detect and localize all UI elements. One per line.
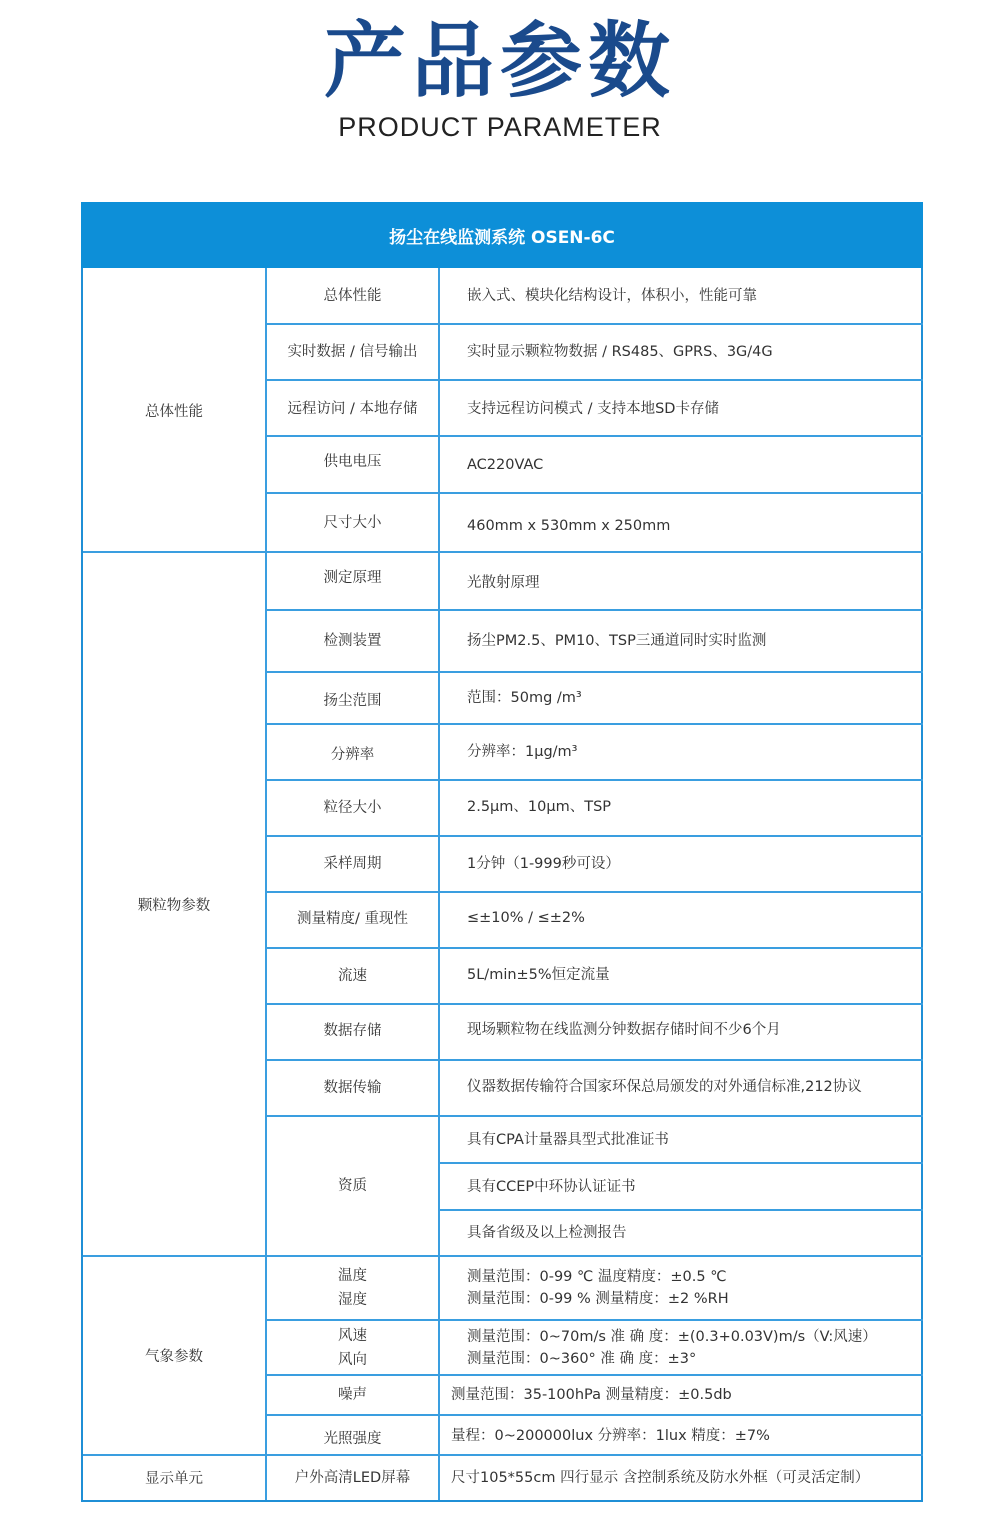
row-value: 具有CPA计量器具型式批准证书 xyxy=(440,1117,923,1162)
group-meteorological-parameters: 气象参数 xyxy=(83,1256,265,1455)
row-value-pair: 测量范围：0~70m/s 准 确 度：±(0.3+0.03V)m/s（V:风速）… xyxy=(440,1321,923,1374)
row-label: 采样周期 xyxy=(267,837,438,891)
row-label: 总体性能 xyxy=(267,268,438,323)
row-value: 支持远程访问模式 / 支持本地SD卡存储 xyxy=(440,381,923,437)
row-value: 嵌入式、模块化结构设计，体积小，性能可靠 xyxy=(440,268,923,323)
row-label: 数据存储 xyxy=(267,1005,438,1057)
row-value: 现场颗粒物在线监测分钟数据存储时间不少6个月 xyxy=(440,1005,923,1055)
row-value: 仪器数据传输符合国家环保总局颁发的对外通信标准,212协议 xyxy=(440,1061,923,1113)
row-label: 分辨率 xyxy=(267,727,438,783)
row-value: 测量范围：0~360° 准 确 度：±3° xyxy=(467,1348,696,1370)
row-label-pair: 风速 风向 xyxy=(267,1321,438,1374)
page-title: 产品参数 xyxy=(0,14,1000,110)
row-value: ≤±10% / ≤±2% xyxy=(440,893,923,943)
row-label: 风速 xyxy=(338,1324,367,1348)
row-value: 460mm x 530mm x 250mm xyxy=(440,497,923,554)
row-value: 测量范围：35-100hPa 测量精度：±0.5db xyxy=(440,1376,923,1414)
row-label: 检测装置 xyxy=(267,611,438,671)
row-value: 尺寸105*55cm 四行显示 含控制系统及防水外框（可灵活定制） xyxy=(440,1456,923,1500)
row-value: 测量范围：0~70m/s 准 确 度：±(0.3+0.03V)m/s（V:风速） xyxy=(467,1326,877,1348)
row-value: 具有CCEP中环协认证证书 xyxy=(440,1164,923,1209)
row-label: 噪声 xyxy=(267,1376,438,1414)
row-label: 测定原理 xyxy=(267,553,438,603)
row-value: 分辨率：1μg/m³ xyxy=(440,725,923,779)
row-label: 供电电压 xyxy=(267,437,438,487)
parameter-table: 扬尘在线监测系统 OSEN-6C 总体性能 颗粒物参数 气象参数 显示单元 总体… xyxy=(81,202,923,1502)
row-label: 流速 xyxy=(267,949,438,1003)
table-header: 扬尘在线监测系统 OSEN-6C xyxy=(81,202,923,268)
row-value: 1分钟（1-999秒可设） xyxy=(440,837,923,891)
row-label: 扬尘范围 xyxy=(267,675,438,727)
row-label: 数据传输 xyxy=(267,1061,438,1115)
row-value: AC220VAC xyxy=(440,437,923,493)
row-label: 温度 xyxy=(338,1264,367,1288)
row-value: 实时显示颗粒物数据 / RS485、GPRS、3G/4G xyxy=(440,325,923,379)
row-value: 测量范围：0-99 % 测量精度：±2 %RH xyxy=(467,1288,729,1310)
row-label: 湿度 xyxy=(338,1288,367,1312)
row-label: 远程访问 / 本地存储 xyxy=(267,381,438,437)
row-label: 户外高清LED屏幕 xyxy=(267,1456,438,1500)
row-label-pair: 温度 湿度 xyxy=(267,1257,438,1319)
row-value: 5L/min±5%恒定流量 xyxy=(440,949,923,1001)
group-display-unit: 显示单元 xyxy=(83,1455,265,1500)
row-value: 2.5μm、10μm、TSP xyxy=(440,781,923,833)
row-label: 风向 xyxy=(338,1348,367,1372)
row-value: 光散射原理 xyxy=(440,557,923,609)
row-value: 扬尘PM2.5、PM10、TSP三通道同时实时监测 xyxy=(440,611,923,671)
row-value: 范围：50mg /m³ xyxy=(440,673,923,723)
group-particulate-parameters: 颗粒物参数 xyxy=(83,552,265,1256)
page-subtitle: PRODUCT PARAMETER xyxy=(0,112,1000,143)
row-value-pair: 测量范围：0-99 ℃ 温度精度：±0.5 ℃ 测量范围：0-99 % 测量精度… xyxy=(440,1257,923,1319)
row-value: 具备省级及以上检测报告 xyxy=(440,1211,923,1255)
group-general-performance: 总体性能 xyxy=(83,268,265,552)
row-label: 测量精度/ 重现性 xyxy=(267,893,438,945)
row-value: 测量范围：0-99 ℃ 温度精度：±0.5 ℃ xyxy=(467,1266,727,1288)
row-value: 量程：0~200000lux 分辨率：1lux 精度：±7% xyxy=(440,1416,923,1456)
row-label: 资质 xyxy=(267,1117,438,1255)
row-label: 粒径大小 xyxy=(267,781,438,835)
row-label: 尺寸大小 xyxy=(267,494,438,551)
row-label: 实时数据 / 信号输出 xyxy=(267,325,438,379)
